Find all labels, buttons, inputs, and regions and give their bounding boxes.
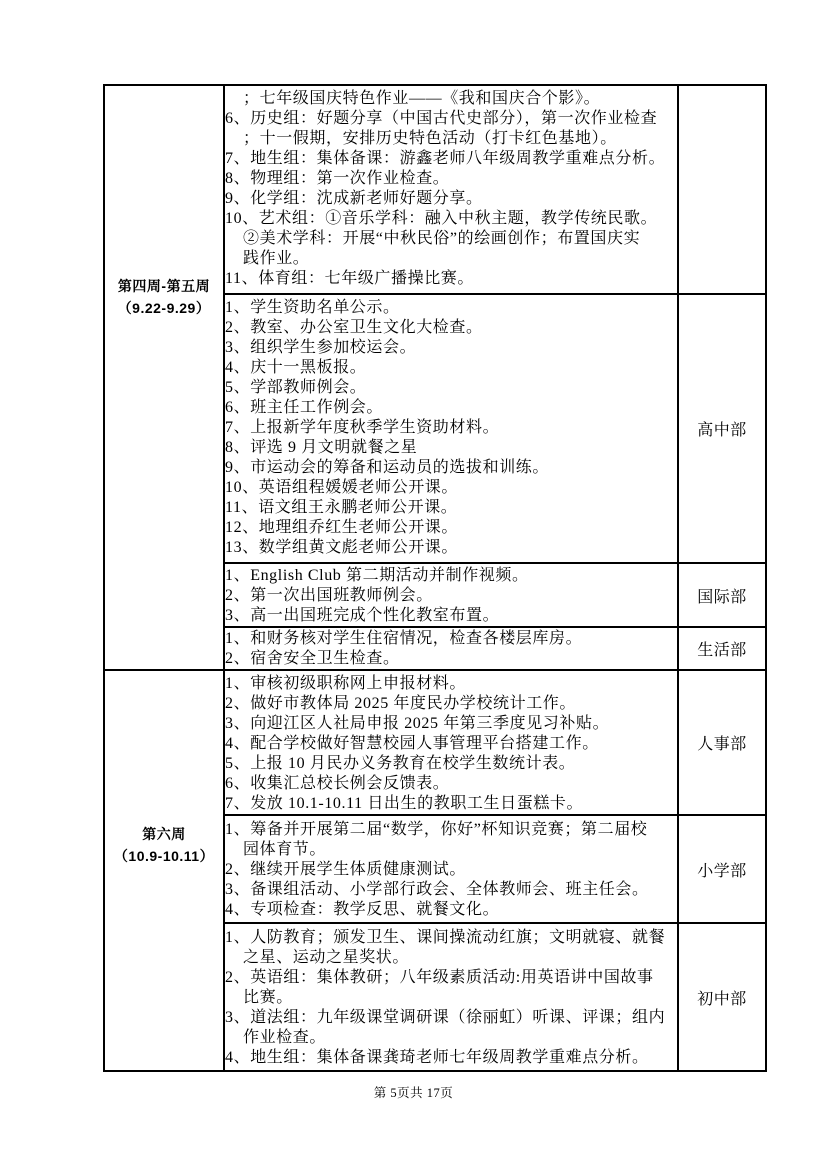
- week-period: 第四周-第五周: [105, 275, 223, 297]
- task-line: 3、向迎江区人社局申报 2025 年第三季度见习补贴。: [225, 714, 677, 734]
- document-page: 第四周-第五周（9.22-9.29）；七年级国庆特色作业——《我和国庆合个影》。…: [0, 0, 827, 1169]
- task-line: 比赛。: [225, 988, 677, 1008]
- task-line: 3、组织学生参加校运会。: [225, 338, 677, 358]
- department-cell: 小学部: [678, 815, 766, 923]
- tasks-cell: 1、审核初级职称网上申报材料。2、做好市教体局 2025 年度民办学校统计工作。…: [224, 670, 678, 815]
- task-line: 3、道法组：九年级课堂调研课（徐丽虹）听课、评课；组内: [225, 1008, 677, 1028]
- tasks-cell: ；七年级国庆特色作业——《我和国庆合个影》。6、历史组：好题分享（中国古代史部分…: [224, 85, 678, 294]
- task-line: 1、和财务核对学生住宿情况，检查各楼层库房。: [225, 629, 677, 649]
- department-cell: 国际部: [678, 563, 766, 627]
- department-cell: 高中部: [678, 294, 766, 563]
- department-cell: 初中部: [678, 923, 766, 1071]
- task-line: 3、备课组活动、小学部行政会、全体教师会、班主任会。: [225, 880, 677, 900]
- task-line: ；七年级国庆特色作业——《我和国庆合个影》。: [225, 89, 677, 109]
- tasks-cell: 1、人防教育；颁发卫生、课间操流动红旗；文明就寝、就餐之星、运动之星奖状。2、英…: [224, 923, 678, 1071]
- task-line: 1、人防教育；颁发卫生、课间操流动红旗；文明就寝、就餐: [225, 928, 677, 948]
- tasks-cell: 1、和财务核对学生住宿情况，检查各楼层库房。2、宿舍安全卫生检查。: [224, 627, 678, 670]
- task-line: 5、学部教师例会。: [225, 378, 677, 398]
- task-line: 4、专项检查：教学反思、就餐文化。: [225, 900, 677, 920]
- task-line: 2、继续开展学生体质健康测试。: [225, 860, 677, 880]
- tasks-cell: 1、English Club 第二期活动并制作视频。2、第一次出国班教师例会。3…: [224, 563, 678, 627]
- page-number-text: 第 5页共 17页: [374, 1086, 454, 1100]
- task-line: 园体育节。: [225, 840, 677, 860]
- task-line: 践作业。: [225, 249, 677, 269]
- page-footer: 第 5页共 17页: [0, 1083, 827, 1101]
- week-label: 第六周（10.9-10.11）: [105, 823, 223, 867]
- task-line: 9、市运动会的筹备和运动员的选拔和训练。: [225, 458, 677, 478]
- task-line: 2、宿舍安全卫生检查。: [225, 649, 677, 669]
- task-line: 11、体育组：七年级广播操比赛。: [225, 269, 677, 289]
- tasks-cell: 1、筹备并开展第二届“数学，你好”杯知识竞赛；第二届校园体育节。2、继续开展学生…: [224, 815, 678, 923]
- week-cell: 第四周-第五周（9.22-9.29）: [104, 85, 224, 670]
- task-line: 12、地理组乔红生老师公开课。: [225, 518, 677, 538]
- task-line: 2、做好市教体局 2025 年度民办学校统计工作。: [225, 694, 677, 714]
- task-line: 1、学生资助名单公示。: [225, 298, 677, 318]
- task-line: 6、收集汇总校长例会反馈表。: [225, 774, 677, 794]
- task-line: 1、English Club 第二期活动并制作视频。: [225, 566, 677, 586]
- task-line: 3、高一出国班完成个性化教室布置。: [225, 606, 677, 626]
- task-line: 13、数学组黄文彪老师公开课。: [225, 538, 677, 558]
- task-line: 2、英语组：集体教研；八年级素质活动:用英语讲中国故事: [225, 968, 677, 988]
- task-line: 5、上报 10 月民办义务教育在校学生数统计表。: [225, 754, 677, 774]
- task-line: 作业检查。: [225, 1028, 677, 1048]
- task-line: 7、发放 10.1-10.11 日出生的教职工生日蛋糕卡。: [225, 794, 677, 814]
- week-period: 第六周: [105, 823, 223, 845]
- weekly-schedule-table: 第四周-第五周（9.22-9.29）；七年级国庆特色作业——《我和国庆合个影》。…: [103, 84, 767, 1072]
- task-line: ②美术学科：开展“中秋民俗”的绘画创作；布置国庆实: [225, 229, 677, 249]
- task-line: 9、化学组：沈成新老师好题分享。: [225, 189, 677, 209]
- task-line: 1、审核初级职称网上申报材料。: [225, 674, 677, 694]
- week-dates: （10.9-10.11）: [105, 845, 223, 867]
- week-cell: 第六周（10.9-10.11）: [104, 670, 224, 1071]
- task-line: 4、配合学校做好智慧校园人事管理平台搭建工作。: [225, 734, 677, 754]
- task-line: 8、物理组：第一次作业检查。: [225, 169, 677, 189]
- task-line: 10、英语组程媛媛老师公开课。: [225, 478, 677, 498]
- task-line: 2、第一次出国班教师例会。: [225, 586, 677, 606]
- week-label: 第四周-第五周（9.22-9.29）: [105, 275, 223, 319]
- task-line: 6、历史组：好题分享（中国古代史部分），第一次作业检查: [225, 109, 677, 129]
- task-line: 之星、运动之星奖状。: [225, 948, 677, 968]
- table-row: 第六周（10.9-10.11）1、审核初级职称网上申报材料。2、做好市教体局 2…: [104, 670, 766, 815]
- task-line: 4、地生组：集体备课龚琦老师七年级周教学重难点分析。: [225, 1048, 677, 1068]
- task-line: 7、地生组：集体备课：游鑫老师八年级周教学重难点分析。: [225, 149, 677, 169]
- task-line: 8、评选 9 月文明就餐之星: [225, 438, 677, 458]
- task-line: 7、上报新学年度秋季学生资助材料。: [225, 418, 677, 438]
- department-cell: 生活部: [678, 627, 766, 670]
- task-line: 1、筹备并开展第二届“数学，你好”杯知识竞赛；第二届校: [225, 820, 677, 840]
- task-line: 11、语文组王永鹏老师公开课。: [225, 498, 677, 518]
- department-cell: [678, 85, 766, 294]
- schedule-table-body: 第四周-第五周（9.22-9.29）；七年级国庆特色作业——《我和国庆合个影》。…: [104, 85, 766, 1071]
- tasks-cell: 1、学生资助名单公示。2、教室、办公室卫生文化大检查。3、组织学生参加校运会。4…: [224, 294, 678, 563]
- week-dates: （9.22-9.29）: [105, 297, 223, 319]
- task-line: ；十一假期，安排历史特色活动（打卡红色基地）。: [225, 129, 677, 149]
- task-line: 2、教室、办公室卫生文化大检查。: [225, 318, 677, 338]
- task-line: 10、艺术组：①音乐学科：融入中秋主题，教学传统民歌。: [225, 209, 677, 229]
- task-line: 4、庆十一黑板报。: [225, 358, 677, 378]
- table-row: 第四周-第五周（9.22-9.29）；七年级国庆特色作业——《我和国庆合个影》。…: [104, 85, 766, 294]
- department-cell: 人事部: [678, 670, 766, 815]
- task-line: 6、班主任工作例会。: [225, 398, 677, 418]
